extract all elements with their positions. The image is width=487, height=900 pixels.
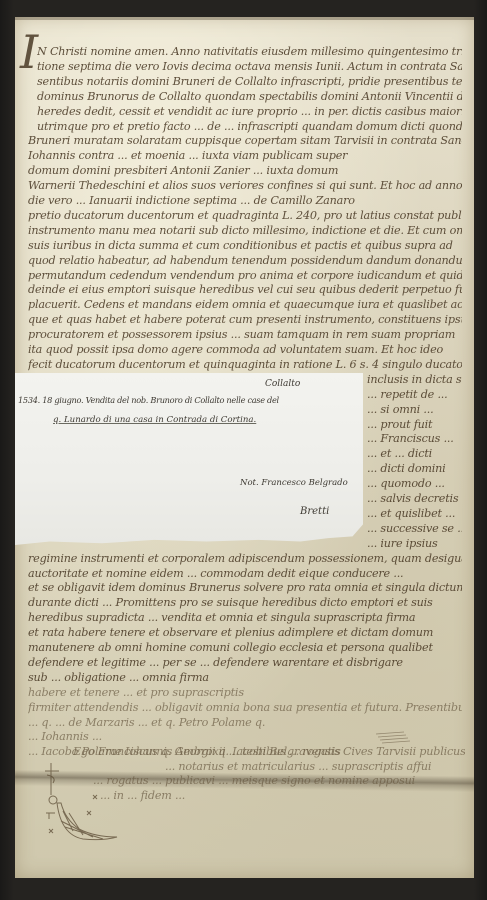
manuscript-line: firmiter attendendis ... obligavit omnia… (28, 701, 462, 714)
archival-slip: Collalto 1534. 18 giugno. Vendita del no… (15, 373, 363, 545)
manuscript-line: sub ... obligatione ... omnia firma (28, 671, 462, 684)
manuscript-line: ... Franciscus ... (367, 432, 462, 445)
decorated-initial: I (20, 29, 38, 75)
manuscript-line: ... quomodo ... (367, 477, 462, 490)
manuscript-line: regimine instrumenti et corporalem adipi… (28, 552, 462, 565)
manuscript-line: defendere et legitime ... per se ... def… (28, 656, 462, 669)
manuscript-line: die vero ... Ianuarii indictione septima… (28, 194, 462, 207)
manuscript-line: pretio ducatorum ducentorum et quadragin… (28, 209, 462, 222)
manuscript-line: et se obligavit idem dominus Brunerus so… (28, 581, 462, 594)
manuscript-line: heredes dedit, cessit et vendidit ac iur… (37, 105, 462, 118)
slip-line-1: 1534. 18 giugno. Vendita del nob. Brunor… (18, 395, 279, 405)
manuscript-line: ... prout fuit (367, 418, 462, 431)
manuscript-line: fecit ducatorum ducentorum et quinquagin… (28, 358, 462, 371)
manuscript-line: ... successive se ... (367, 522, 462, 535)
manuscript-line: durante dicti ... Promittens pro se suis… (28, 596, 462, 609)
manuscript-line: permutandum cedendum vendendum pro anima… (28, 269, 462, 282)
slip-place: Collalto (265, 379, 300, 389)
manuscript-line: ... dicti domini (367, 462, 462, 475)
manuscript-line: ... salvis decretis (367, 492, 462, 505)
manuscript-line: deinde ei eius emptori suisque heredibus… (28, 283, 462, 296)
manuscript-line: suis iuribus in dicta summa et cum condi… (28, 239, 462, 252)
manuscript-line: Iohannis contra ... et moenia ... iuxta … (28, 149, 462, 162)
manuscript-line: N Christi nomine amen. Anno nativitatis … (37, 45, 462, 58)
manuscript-line: utrimque pro et pretio facto ... de ... … (37, 120, 462, 133)
manuscript-line: que et quas habet et habere poterat cum … (28, 313, 462, 326)
manuscript-line: ... iure ipsius (367, 537, 462, 550)
manuscript-line: heredibus supradicta ... vendita et omni… (28, 611, 462, 624)
manuscript-line: quod relatio habeatur, ad habendum tenen… (28, 254, 462, 267)
manuscript-line: manutenere ab omni homine comuni collegi… (28, 641, 462, 654)
manuscript-line: auctoritate et nomine eidem ... commodam… (28, 567, 462, 580)
slip-line-2: q. Lunardo di una casa in Contrada di Co… (53, 415, 256, 425)
manuscript-line: ... et quislibet ... (367, 507, 462, 520)
manuscript-line: ... si omni ... (367, 403, 462, 416)
manuscript-line: et rata habere tenere et observare et pl… (28, 626, 462, 639)
subscription-line: ... rogatus ... publicavi ... meisque si… (93, 774, 465, 787)
manuscript-line: placuerit. Cedens et mandans eidem omnia… (28, 298, 462, 311)
slip-signature-notary: Not. Francesco Belgrado (240, 478, 348, 488)
subscription-line: Ego Franciscus q. Georgii q. Iacobi Belg… (73, 745, 465, 758)
manuscript-line: instrumento manu mea notarii sub dicto m… (28, 224, 462, 237)
manuscript-line: ... et ... dicti (367, 447, 462, 460)
manuscript-line: ... q. ... de Marzaris ... et q. Petro P… (28, 716, 462, 729)
manuscript-line: tione septima die vero Iovis decima octa… (37, 60, 462, 73)
manuscript-line: domum domini presbiteri Antonii Zanier .… (28, 164, 462, 177)
manuscript-line: ita quod possit ipsa domo agere commoda … (28, 343, 462, 356)
manuscript-line: procuratorem et possessorem ipsius ... s… (28, 328, 462, 341)
subscription-line: ... notarius et matricularius ... supras… (165, 760, 465, 773)
slip-signature-archivist: Bretti (300, 506, 329, 517)
manuscript-line: inclusis in dicta summa omnibus et ... a… (367, 373, 462, 386)
manuscript-line: dominus Brunorus de Collalto quondam spe… (37, 90, 462, 103)
manuscript-line: Bruneri muratam solaratam cuppisque cope… (28, 134, 462, 147)
manuscript-line: Warnerii Thedeschini et alios suos verio… (28, 179, 462, 192)
manuscript-line: ... repetit de ... (367, 388, 462, 401)
manuscript-line: sentibus notariis domini Bruneri de Coll… (37, 75, 462, 88)
manuscript-line: habere et tenere ... et pro suprascripti… (28, 686, 462, 699)
subscription-line: ... in ... fidem ... (100, 789, 465, 802)
